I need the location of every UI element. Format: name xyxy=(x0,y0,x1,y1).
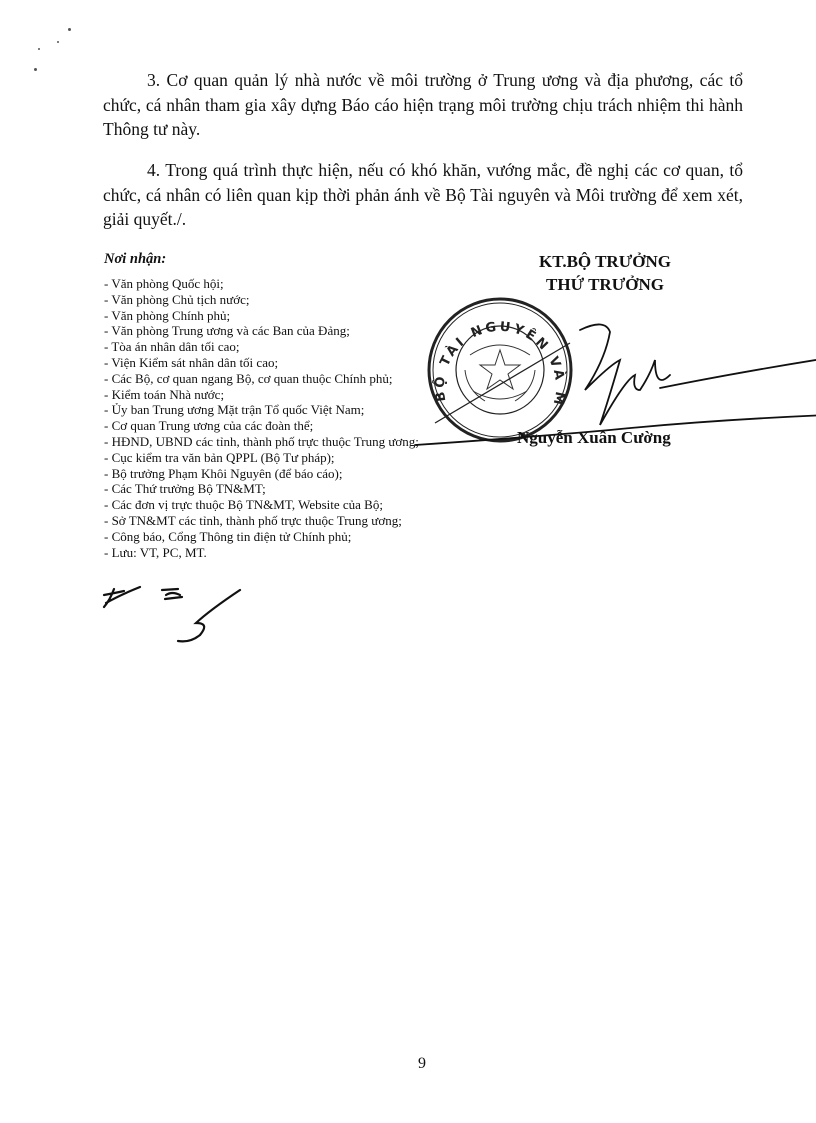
scan-artifact xyxy=(34,68,37,71)
recipient-item: - Văn phòng Chủ tịch nước; xyxy=(104,292,464,308)
scan-artifact xyxy=(38,48,40,50)
signature-title-block: KT.BỘ TRƯỞNG THỨ TRƯỞNG xyxy=(500,250,710,296)
paragraph-3: 3. Cơ quan quản lý nhà nước về môi trườn… xyxy=(103,68,743,142)
paragraph-4-text: 4. Trong quá trình thực hiện, nếu có khó… xyxy=(103,158,743,232)
paragraph-4: 4. Trong quá trình thực hiện, nếu có khó… xyxy=(103,158,743,232)
page-number: 9 xyxy=(418,1055,426,1073)
recipient-item: - Cục kiểm tra văn bản QPPL (Bộ Tư pháp)… xyxy=(104,450,464,466)
initials-marks-icon xyxy=(100,585,260,655)
recipient-item: - Lưu: VT, PC, MT. xyxy=(104,545,464,561)
scan-artifact xyxy=(68,28,71,31)
recipients-heading: Nơi nhận: xyxy=(104,251,464,268)
recipient-item: - Các Thứ trưởng Bộ TN&MT; xyxy=(104,481,464,497)
signature-title-line1: KT.BỘ TRƯỞNG xyxy=(500,250,710,273)
paragraph-3-text: 3. Cơ quan quản lý nhà nước về môi trườn… xyxy=(103,68,743,142)
recipient-item: - Bộ trưởng Phạm Khôi Nguyên (để báo cáo… xyxy=(104,466,464,482)
recipient-item: - Sở TN&MT các tỉnh, thành phố trực thuộ… xyxy=(104,513,464,529)
signer-name: Nguyễn Xuân Cường xyxy=(517,428,671,448)
signature-title-line2: THỨ TRƯỞNG xyxy=(500,273,710,296)
scan-artifact xyxy=(57,41,59,43)
recipient-item: - Các đơn vị trực thuộc Bộ TN&MT, Websit… xyxy=(104,497,464,513)
recipient-item: - Công báo, Cổng Thông tin điện tử Chính… xyxy=(104,529,464,545)
recipient-item: - Văn phòng Quốc hội; xyxy=(104,276,464,292)
